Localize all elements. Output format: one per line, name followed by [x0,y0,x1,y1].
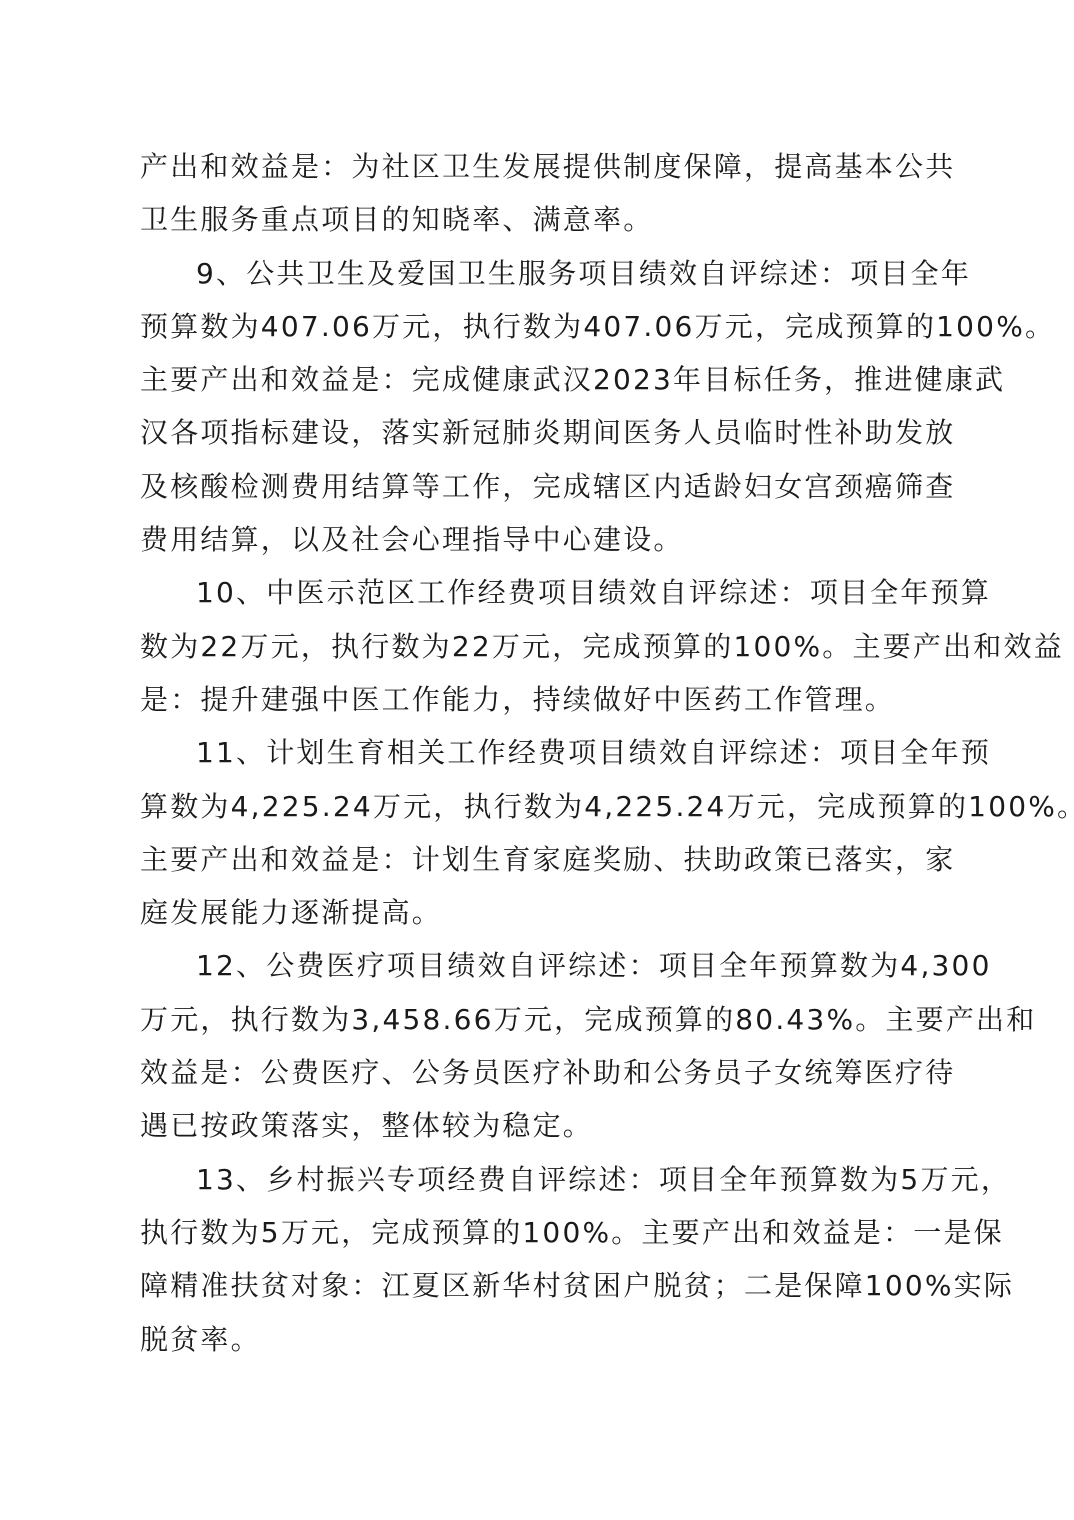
text-line: 预算数为407.06万元，执行数为407.06万元，完成预算的100%。 [140,300,960,353]
paragraph-p11: 11、计划生育相关工作经费项目绩效自评综述：项目全年预 算数为4,225.24万… [140,726,960,939]
text-line: 算数为4,225.24万元，执行数为4,225.24万元，完成预算的100%。 [140,780,960,833]
paragraph-p9: 9、公共卫生及爱国卫生服务项目绩效自评综述：项目全年 预算数为407.06万元，… [140,247,960,567]
text-line: 是：提升建强中医工作能力，持续做好中医药工作管理。 [140,673,960,726]
text-line: 主要产出和效益是：完成健康武汉2023年目标任务，推进健康武 [140,353,960,406]
document-page: 产出和效益是：为社区卫生发展提供制度保障，提高基本公共 卫生服务重点项目的知晓率… [0,0,1074,1520]
paragraph-heading-line: 11、计划生育相关工作经费项目绩效自评综述：项目全年预 [140,726,960,779]
text-line: 庭发展能力逐渐提高。 [140,886,960,939]
paragraph-heading-line: 13、乡村振兴专项经费自评综述：项目全年预算数为5万元， [140,1153,960,1206]
text-line: 脱贫率。 [140,1313,960,1366]
text-line: 主要产出和效益是：计划生育家庭奖励、扶助政策已落实，家 [140,833,960,886]
paragraph-p8-tail: 产出和效益是：为社区卫生发展提供制度保障，提高基本公共 卫生服务重点项目的知晓率… [140,140,960,247]
paragraph-p10: 10、中医示范区工作经费项目绩效自评综述：项目全年预算 数为22万元，执行数为2… [140,566,960,726]
text-line: 卫生服务重点项目的知晓率、满意率。 [140,193,960,246]
text-line: 遇已按政策落实，整体较为稳定。 [140,1099,960,1152]
text-line: 费用结算，以及社会心理指导中心建设。 [140,513,960,566]
paragraph-heading-line: 10、中医示范区工作经费项目绩效自评综述：项目全年预算 [140,566,960,619]
document-body: 产出和效益是：为社区卫生发展提供制度保障，提高基本公共 卫生服务重点项目的知晓率… [140,140,960,1366]
paragraph-p12: 12、公费医疗项目绩效自评综述：项目全年预算数为4,300 万元，执行数为3,4… [140,939,960,1152]
text-line: 障精准扶贫对象：江夏区新华村贫困户脱贫；二是保障100%实际 [140,1259,960,1312]
text-line: 执行数为5万元，完成预算的100%。主要产出和效益是：一是保 [140,1206,960,1259]
paragraph-heading-line: 9、公共卫生及爱国卫生服务项目绩效自评综述：项目全年 [140,247,960,300]
text-line: 汉各项指标建设，落实新冠肺炎期间医务人员临时性补助发放 [140,406,960,459]
text-line: 产出和效益是：为社区卫生发展提供制度保障，提高基本公共 [140,140,960,193]
paragraph-heading-line: 12、公费医疗项目绩效自评综述：项目全年预算数为4,300 [140,939,960,992]
text-line: 万元，执行数为3,458.66万元，完成预算的80.43%。主要产出和 [140,993,960,1046]
paragraph-p13: 13、乡村振兴专项经费自评综述：项目全年预算数为5万元， 执行数为5万元，完成预… [140,1153,960,1366]
text-line: 及核酸检测费用结算等工作，完成辖区内适龄妇女宫颈癌筛查 [140,460,960,513]
text-line: 数为22万元，执行数为22万元，完成预算的100%。主要产出和效益 [140,620,960,673]
text-line: 效益是：公费医疗、公务员医疗补助和公务员子女统筹医疗待 [140,1046,960,1099]
